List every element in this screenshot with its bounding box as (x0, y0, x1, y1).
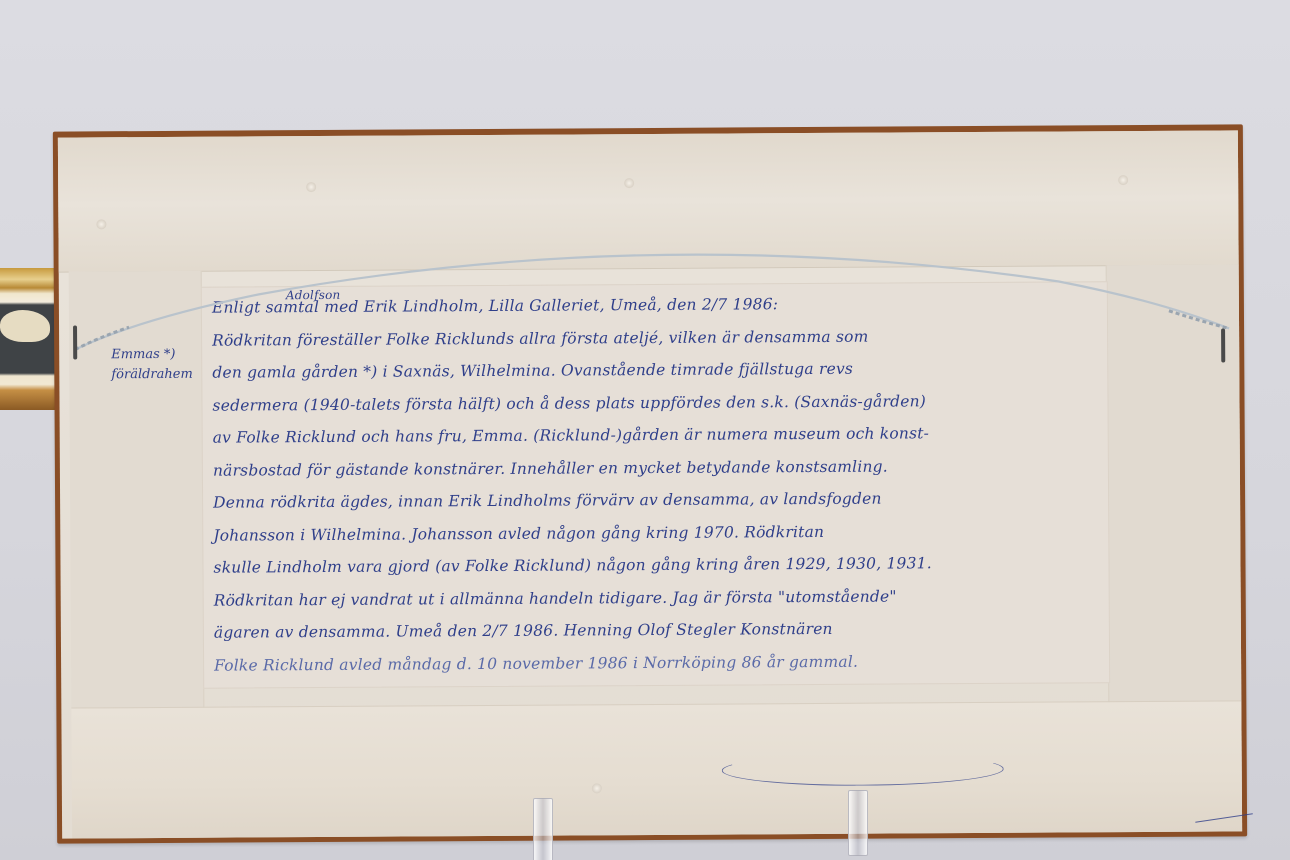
hanging-hook-left (73, 325, 77, 359)
note-line: av Folke Ricklund och hans fru, Emma. (R… (213, 416, 1100, 454)
tape-strip-left (69, 271, 205, 709)
artwork-glimpse (0, 310, 50, 342)
tape-strip-top (58, 130, 1239, 272)
hanging-hook-right (1221, 328, 1225, 362)
picture-frame-back: Emmas *) föräldrahem Adolfson Enligt sam… (53, 124, 1247, 843)
handwritten-note: Adolfson Enligt samtal med Erik Lindholm… (201, 281, 1110, 689)
note-line: Rödkritan har ej vandrat ut i allmänna h… (214, 579, 1101, 617)
note-line: Rödkritan föreställer Folke Ricklunds al… (212, 319, 1099, 357)
note-line-postscript: Folke Ricklund avled måndag d. 10 novemb… (214, 644, 1101, 682)
note-line: närsbostad för gästande konstnärer. Inne… (213, 449, 1100, 487)
note-body: Adolfson Enligt samtal med Erik Lindholm… (212, 286, 1101, 681)
note-line: skulle Lindholm vara gjord (av Folke Ric… (213, 546, 1100, 584)
display-stand-foot-right (848, 790, 868, 856)
note-line: sedermera (1940-talets första hälft) och… (212, 384, 1099, 422)
note-line: Denna rödkrita ägdes, innan Erik Lindhol… (213, 481, 1100, 519)
note-line: den gamla gården *) i Saxnäs, Wilhelmina… (212, 351, 1099, 389)
display-stand-foot-left (533, 798, 553, 860)
note-line: Enligt samtal med Erik Lindholm, Lilla G… (212, 286, 1099, 324)
margin-note-line-2: föräldrahem (111, 365, 201, 386)
insertion-above-line: Adolfson (286, 279, 341, 312)
margin-note-line-1: Emmas *) (111, 345, 201, 366)
frame-backing: Emmas *) föräldrahem Adolfson Enligt sam… (58, 130, 1242, 838)
note-line-signature: ägaren av densamma. Umeå den 2/7 1986. H… (214, 611, 1101, 649)
tape-strip-bottom (71, 700, 1242, 838)
note-line: Johansson i Wilhelmina. Johansson avled … (213, 514, 1100, 552)
margin-note: Emmas *) föräldrahem (111, 345, 201, 386)
